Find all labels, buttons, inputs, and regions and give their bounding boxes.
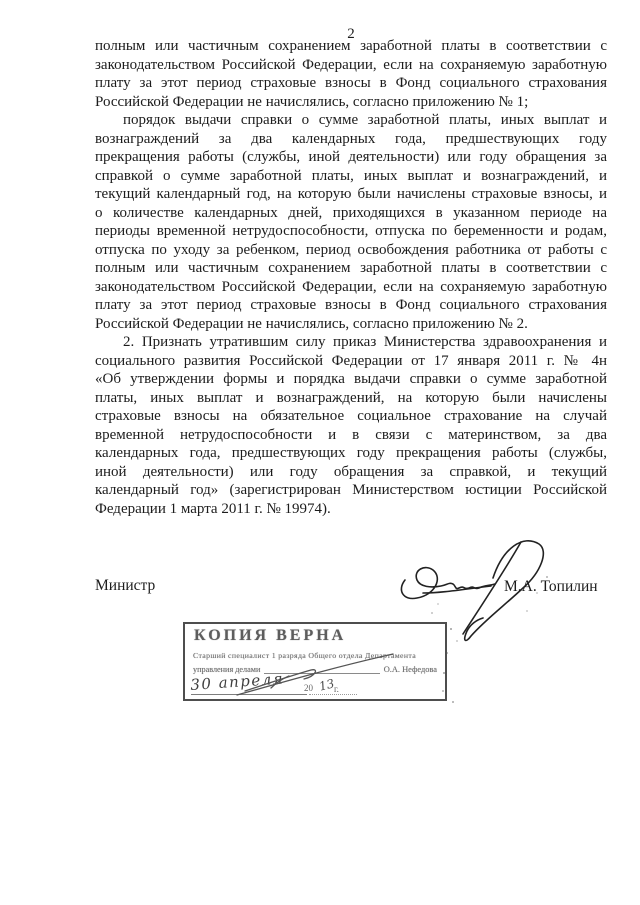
copy-certified-stamp: КОПИЯ ВЕРНА Старший специалист 1 разряда… bbox=[183, 622, 447, 701]
scan-noise-speckles bbox=[0, 0, 2, 2]
text-line: плату за этот период страховые взносы в … bbox=[95, 74, 607, 93]
text-line: справкой о сумме заработной платы, иных … bbox=[95, 167, 607, 186]
minister-name: М.А. Топилин bbox=[504, 578, 598, 596]
text-line: вознаграждений за два календарных года, … bbox=[95, 130, 607, 149]
text-line: календарных года, предшествующих году пр… bbox=[95, 444, 607, 463]
text-line: временной нетрудоспособности и в связи с… bbox=[95, 426, 607, 445]
text-line: о количестве календарных дней, приходящи… bbox=[95, 204, 607, 223]
text-line: отпуска по уходу за ребенком, период осв… bbox=[95, 241, 607, 260]
text-line: периоды временной нетрудоспособности, от… bbox=[95, 222, 607, 241]
text-line: Российской Федерации не начислялись, сог… bbox=[95, 93, 607, 112]
stamp-clerk-signature-icon bbox=[185, 624, 445, 699]
paragraph: полным или частичным сохранением заработ… bbox=[95, 37, 607, 111]
minister-label: Министр bbox=[95, 577, 155, 595]
text-line: полным или частичным сохранением заработ… bbox=[95, 37, 607, 56]
text-line: платы, иных выплат и вознаграждений, на … bbox=[95, 389, 607, 408]
text-line: социального развития Российской Федераци… bbox=[95, 352, 607, 371]
text-line: плату за этот период страховые взносы в … bbox=[95, 296, 607, 315]
text-line: страховые взносы на обязательное социаль… bbox=[95, 407, 607, 426]
text-line: полным или частичным сохранением заработ… bbox=[95, 259, 607, 278]
text-line: текущий календарный год, на которую были… bbox=[95, 185, 607, 204]
paragraph: порядок выдачи справки о сумме заработно… bbox=[95, 111, 607, 333]
text-line: Российской Федерации не начислялись, сог… bbox=[95, 315, 607, 334]
text-line: календарный год» (зарегистрирован Минист… bbox=[95, 481, 607, 500]
document-body-text: полным или частичным сохранением заработ… bbox=[95, 37, 607, 518]
text-line: законодательством Российской Федерации, … bbox=[95, 56, 607, 75]
text-line: прекращения работы (службы, иной деятель… bbox=[95, 148, 607, 167]
text-line: порядок выдачи справки о сумме заработно… bbox=[95, 111, 607, 130]
text-line: Федерации 1 марта 2011 г. № 19974). bbox=[95, 500, 607, 519]
document-page: 2 полным или частичным сохранением зараб… bbox=[0, 0, 640, 905]
text-line: иной деятельности) или году обращения за… bbox=[95, 463, 607, 482]
text-line: «Об утверждении формы и порядка выдачи с… bbox=[95, 370, 607, 389]
text-line: законодательством Российской Федерации, … bbox=[95, 278, 607, 297]
paragraph: 2. Признать утратившим силу приказ Минис… bbox=[95, 333, 607, 518]
text-line: 2. Признать утратившим силу приказ Минис… bbox=[95, 333, 607, 352]
